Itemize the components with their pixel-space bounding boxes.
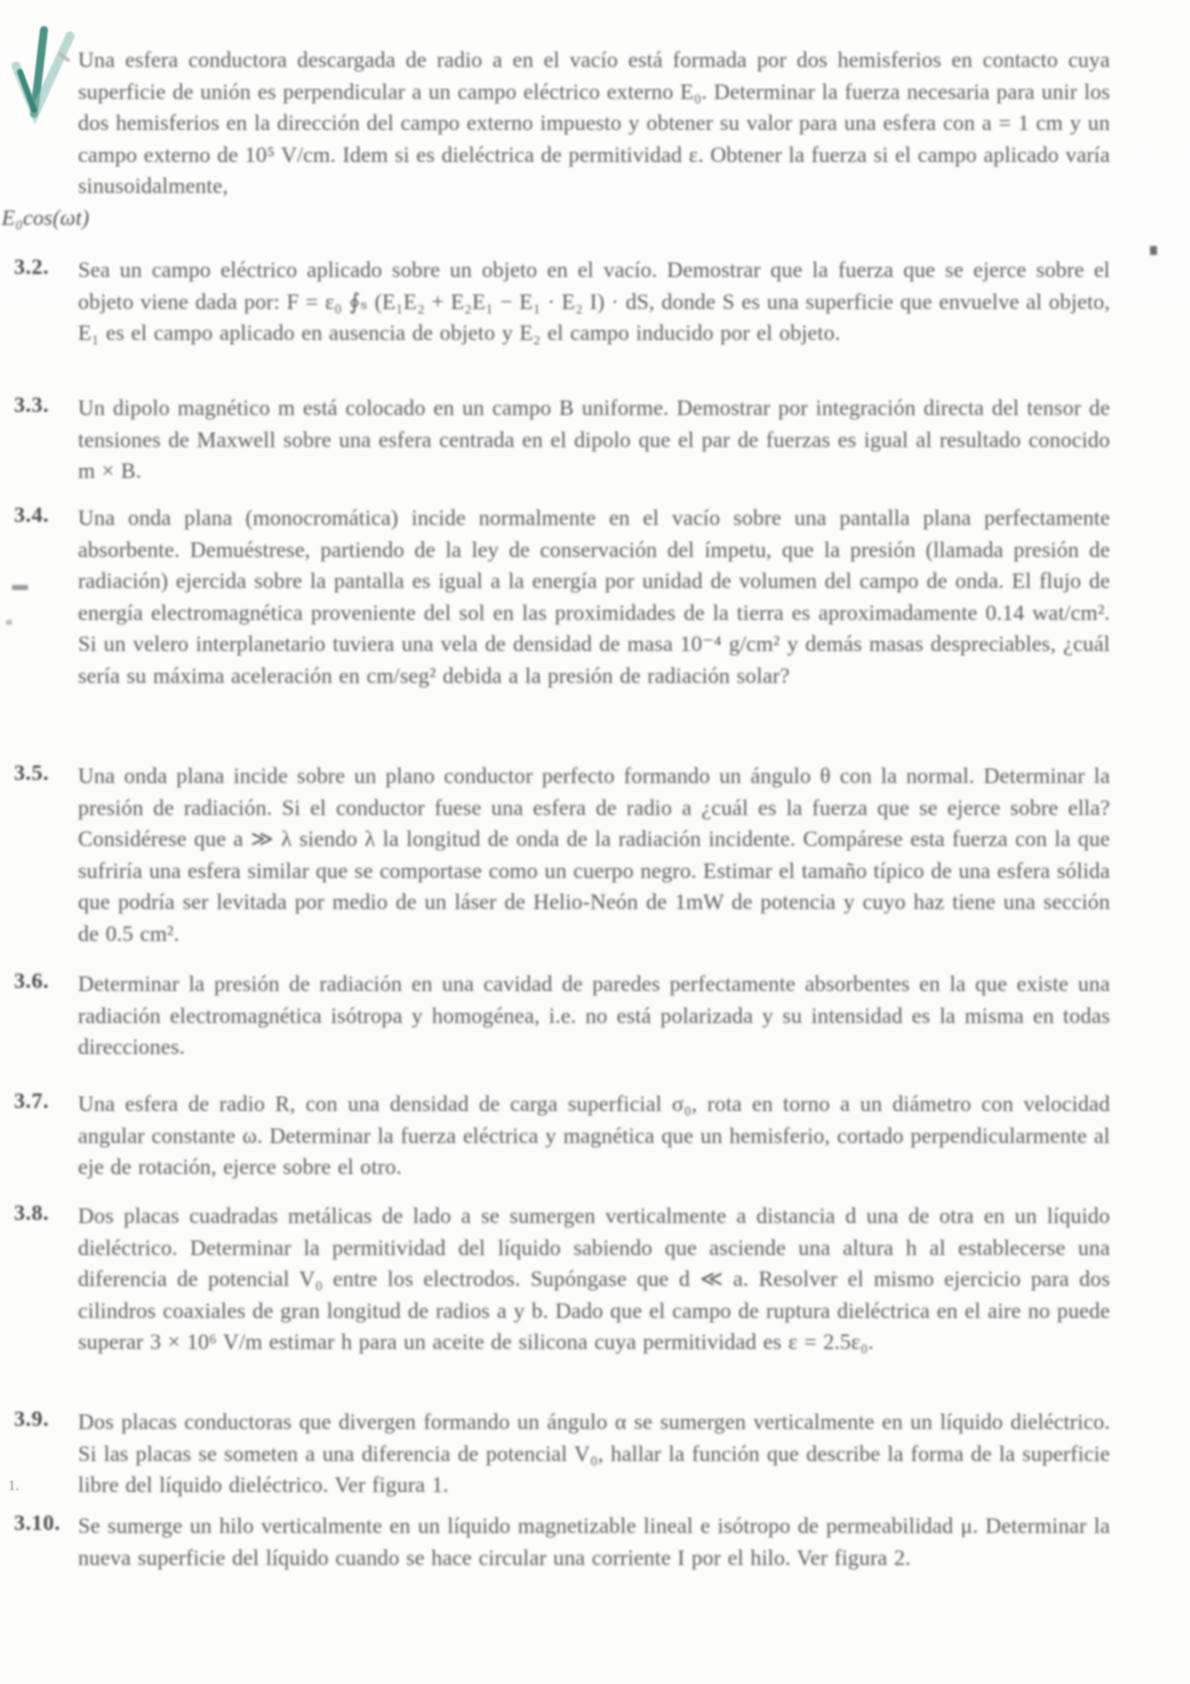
problem-number: 3.7. — [14, 1088, 74, 1114]
problem-text: Sea un campo eléctrico aplicado sobre un… — [78, 254, 1110, 349]
problem-number: 3.4. — [14, 502, 74, 528]
problem-text: Se sumerge un hilo verticalmente en un l… — [78, 1510, 1110, 1573]
problem-number: 3.5. — [14, 760, 74, 786]
problem-text: Una esfera de radio R, con una densidad … — [78, 1088, 1110, 1183]
problem-text: Determinar la presión de radiación en un… — [78, 968, 1110, 1063]
problem-3-5: 3.5. Una onda plana incide sobre un plan… — [0, 760, 1122, 949]
problem-text: Dos placas conductoras que divergen form… — [78, 1406, 1110, 1501]
problem-3-7: 3.7. Una esfera de radio R, con una dens… — [0, 1088, 1122, 1183]
problem-number: 3.9. — [14, 1406, 74, 1432]
problem-3-3: 3.3. Un dipolo magnético m está colocado… — [0, 392, 1122, 487]
scan-speck — [6, 620, 12, 625]
problem-text: Una onda plana (monocromática) incide no… — [78, 502, 1110, 691]
problem-3-10: 3.10. Se sumerge un hilo verticalmente e… — [0, 1510, 1122, 1573]
problem-number: 3.6. — [14, 968, 74, 994]
problem-text: Dos placas cuadradas metálicas de lado a… — [78, 1200, 1110, 1358]
problem-number: 3.3. — [14, 392, 74, 418]
problem-number: 3.2. — [14, 254, 74, 280]
problem-formula: E = E₀cos(ωt) — [0, 202, 992, 234]
problem-3-8: 3.8. Dos placas cuadradas metálicas de l… — [0, 1200, 1122, 1358]
scanned-document-page: Una esfera conductora descargada de radi… — [0, 0, 1190, 1684]
problem-3-1: Una esfera conductora descargada de radi… — [0, 44, 1122, 233]
problem-text: Una esfera conductora descargada de radi… — [78, 44, 1110, 202]
problem-text: Un dipolo magnético m está colocado en u… — [78, 392, 1110, 487]
scan-smudge — [12, 585, 28, 590]
problem-number: 3.10. — [14, 1510, 74, 1536]
problem-number: 3.8. — [14, 1200, 74, 1226]
problem-3-4: 3.4. Una onda plana (monocromática) inci… — [0, 502, 1122, 691]
problem-3-9: 3.9. Dos placas conductoras que divergen… — [0, 1406, 1122, 1501]
problem-3-6: 3.6. Determinar la presión de radiación … — [0, 968, 1122, 1063]
margin-tick-annotation: 1. — [8, 1478, 19, 1495]
problem-text: Una onda plana incide sobre un plano con… — [78, 760, 1110, 949]
scan-speck — [1150, 246, 1157, 255]
problem-3-2: 3.2. Sea un campo eléctrico aplicado sob… — [0, 254, 1122, 349]
